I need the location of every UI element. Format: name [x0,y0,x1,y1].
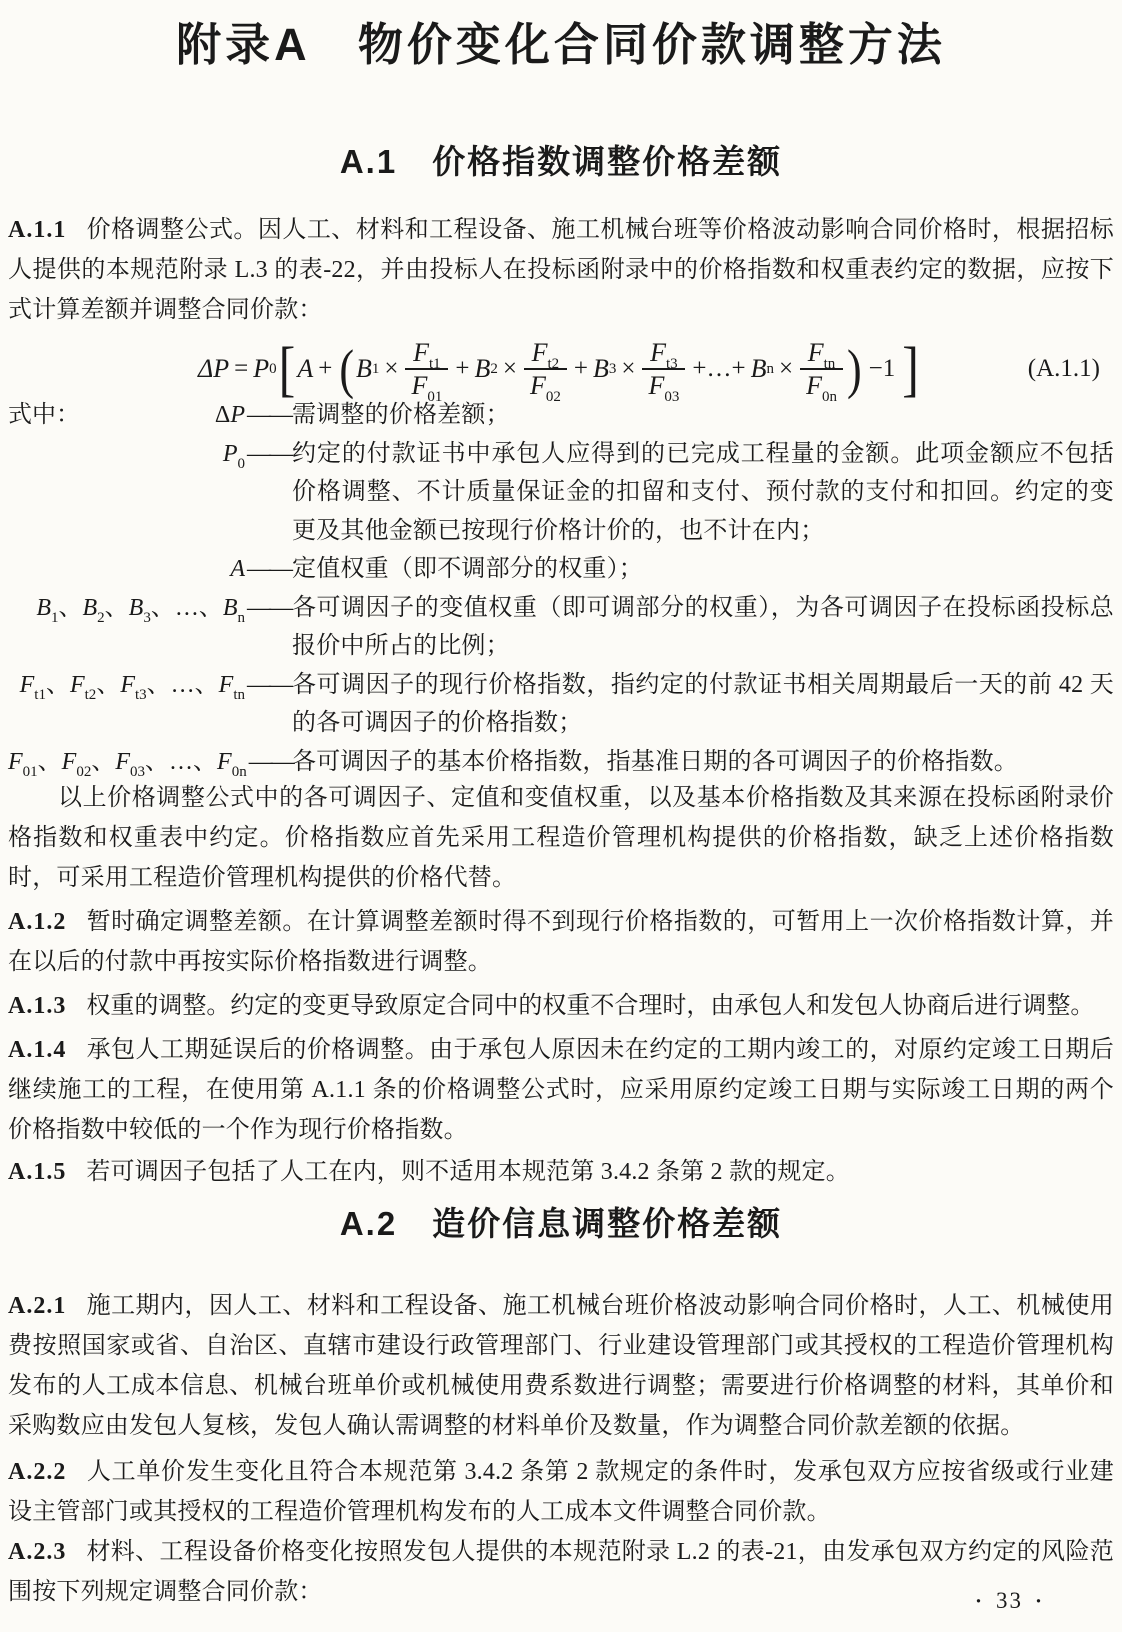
symbol-p0: P0 [223,441,245,467]
term2-num-base: F [532,338,548,367]
definition-symbol: ΔP—— [8,396,292,435]
definition-row-a: A——定值权重（即不调部分的权重）； [8,550,1114,589]
formula-term-3: B3×Ft3F03+…+ [593,337,751,401]
term3-fraction: Ft3F03 [642,337,685,401]
definition-desc: 需调整的价格差额； [292,402,510,428]
term2-coef: B [474,354,490,384]
definition-desc: 定值权重（即不调部分的权重）； [292,556,643,582]
definition-desc: 约定的付款证书中承包人应得到的已完成工程量的金额。此项金额应不包括价格调整、不计… [292,441,1114,544]
clause-a114: A.1.4承包人工期延误后的价格调整。由于承包人原因未在约定的工期内竣工的，对原… [8,1030,1114,1150]
clause-a121: A.2.1施工期内，因人工、材料和工程设备、施工机械台班价格波动影响合同价格时，… [8,1286,1114,1446]
termn-fraction: FtnF0n [800,337,843,401]
clause-a123-number: A.2.3 [8,1539,66,1565]
plus-sign: + [318,355,332,383]
formula-p0: P [253,354,269,384]
page-number: ·33· [963,1588,1056,1614]
clause-a123: A.2.3材料、工程设备价格变化按照发包人提供的本规范附录 L.2 的表-21，… [8,1532,1114,1612]
open-bracket: [ [279,334,296,405]
termn-coef: B [751,354,767,384]
definition-row-f0: F01、F02、F03、…、F0n——各可调因子的基本价格指数，指基准日期的各可… [8,743,1114,782]
clause-a113-number: A.1.3 [8,993,66,1019]
close-paren: ) [847,337,862,401]
definition-dash: —— [249,749,293,775]
formula-definitions: 式中： ΔP——需调整的价格差额； P0——约定的付款证书中承包人应得到的已完成… [8,396,1114,781]
page-number-left-dot: · [975,1589,984,1613]
page-number-value: 33 [996,1588,1023,1613]
document-page: 附录A 物价变化合同价款调整方法 A.1 价格指数调整价格差额 A.1.1价格调… [0,0,1122,1632]
plus-sign: + [574,355,588,383]
formula-a-term: A [297,354,313,384]
definition-row-ft: Ft1、Ft2、Ft3、…、Ftn——各可调因子的现行价格指数，指约定的付款证书… [8,666,1114,743]
formula-term-2: B2×Ft2F02+ [474,337,593,401]
definition-row-b: B1、B2、B3、…、Bn——各可调因子的变值权重（即可调部分的权重），为各可调… [8,589,1114,666]
paragraph-summary: 以上价格调整公式中的各可调因子、定值和变值权重，以及基本价格指数及其来源在投标函… [8,778,1114,898]
clause-a113: A.1.3权重的调整。约定的变更导致原定合同中的权重不合理时，由承包人和发包人协… [8,986,1114,1026]
term1-numerator: Ft1 [405,337,448,368]
definition-dash: —— [247,556,291,582]
clause-a113-text: 权重的调整。约定的变更导致原定合同中的权重不合理时，由承包人和发包人协商后进行调… [86,993,1094,1019]
term1-num-base: F [413,338,429,367]
clause-a115: A.1.5若可调因子包括了人工在内，则不适用本规范第 3.4.2 条第 2 款的… [8,1152,1114,1192]
formula-equation-number: (A.1.1) [1028,355,1114,383]
clause-a115-text: 若可调因子包括了人工在内，则不适用本规范第 3.4.2 条第 2 款的规定。 [86,1159,850,1185]
term1-fraction: Ft1F01 [405,337,448,401]
clause-a112-number: A.1.2 [8,909,66,935]
clause-a111-text: 价格调整公式。因人工、材料和工程设备、施工机械台班等价格波动影响合同价格时，根据… [8,217,1114,323]
clause-a112: A.1.2暂时确定调整差额。在计算调整差额时得不到现行价格指数的，可暂用上一次价… [8,902,1114,982]
open-paren: ( [339,337,354,401]
term3-num-base: F [650,338,666,367]
formula-term-1: B1×Ft1F01+ [356,337,475,401]
term2-fraction: Ft2F02 [524,337,567,401]
clause-a122-number: A.2.2 [8,1459,66,1485]
clause-a121-text: 施工期内，因人工、材料和工程设备、施工机械台班价格波动影响合同价格时，人工、机械… [8,1293,1114,1439]
times-sign: × [779,355,793,383]
page-number-right-dot: · [1035,1589,1044,1613]
clause-a121-number: A.2.1 [8,1293,66,1319]
termn-num-base: F [808,338,824,367]
symbol-f0-series: F01、F02、F03、…、F0n [8,749,247,775]
definition-desc: 各可调因子的现行价格指数，指约定的付款证书相关周期最后一天的前 42 天的各可调… [292,672,1114,737]
formula-expression: ΔP=P0[A+(B1×Ft1F01+B2×Ft2F02+B3×Ft3F03+…… [198,337,921,401]
minus-one: −1 [869,355,896,383]
term3-coef: B [593,354,609,384]
formula-term-n: Bn×FtnF0n [751,337,845,401]
plus-sign: + [455,355,469,383]
clause-a114-text: 承包人工期延误后的价格调整。由于承包人原因未在约定的工期内竣工的，对原约定竣工日… [8,1037,1114,1143]
section-a1-heading: A.1 价格指数调整价格差额 [0,136,1122,183]
formula-delta-p: ΔP [198,354,229,384]
definition-row-p0: P0——约定的付款证书中承包人应得到的已完成工程量的金额。此项金额应不包括价格调… [8,435,1114,551]
definition-dash: —— [247,441,291,467]
definition-symbol: B1、B2、B3、…、Bn—— [8,589,292,628]
clause-a111-number: A.1.1 [8,217,66,243]
symbol-delta-p: ΔP [215,402,245,428]
ellipsis-plus: +…+ [692,355,745,383]
clause-a112-text: 暂时确定调整差额。在计算调整差额时得不到现行价格指数的，可暂用上一次价格指数计算… [8,909,1114,975]
section-a2-heading: A.2 造价信息调整价格差额 [0,1198,1122,1245]
definition-symbol: A—— [8,550,292,589]
times-sign: × [384,355,398,383]
term3-numerator: Ft3 [642,337,685,368]
termn-numerator: Ftn [800,337,843,368]
clause-a123-text: 材料、工程设备价格变化按照发包人提供的本规范附录 L.2 的表-21，由发承包双… [8,1539,1114,1605]
definition-desc: 各可调因子的变值权重（即可调部分的权重），为各可调因子在投标函投标总报价中所占的… [292,595,1114,660]
clause-a114-number: A.1.4 [8,1037,66,1063]
definition-desc: 各可调因子的基本价格指数，指基准日期的各可调因子的价格指数。 [292,749,1018,775]
symbol-a: A [230,556,245,582]
equals-sign: = [234,355,248,383]
definition-row-delta-p: ΔP——需调整的价格差额； [8,396,1114,435]
symbol-ft-series: Ft1、Ft2、Ft3、…、Ftn [20,672,245,698]
page-title: 附录A 物价变化合同价款调整方法 [0,8,1122,73]
definition-dash: —— [247,402,291,428]
term1-coef: B [356,354,372,384]
clause-a122-text: 人工单价发生变化且符合本规范第 3.4.2 条第 2 款规定的条件时，发承包双方… [8,1459,1114,1525]
clause-a122: A.2.2人工单价发生变化且符合本规范第 3.4.2 条第 2 款规定的条件时，… [8,1452,1114,1532]
symbol-b-series: B1、B2、B3、…、Bn [36,595,245,621]
definition-symbol: Ft1、Ft2、Ft3、…、Ftn—— [8,666,292,705]
definition-dash: —— [247,595,291,621]
times-sign: × [503,355,517,383]
term2-numerator: Ft2 [524,337,567,368]
definition-dash: —— [247,672,291,698]
clause-a115-number: A.1.5 [8,1159,66,1185]
close-bracket: ] [902,334,919,405]
clause-a111: A.1.1价格调整公式。因人工、材料和工程设备、施工机械台班等价格波动影响合同价… [8,210,1114,330]
times-sign: × [621,355,635,383]
definition-symbol: F01、F02、F03、…、F0n—— [8,743,292,782]
definition-symbol: P0—— [8,435,292,474]
